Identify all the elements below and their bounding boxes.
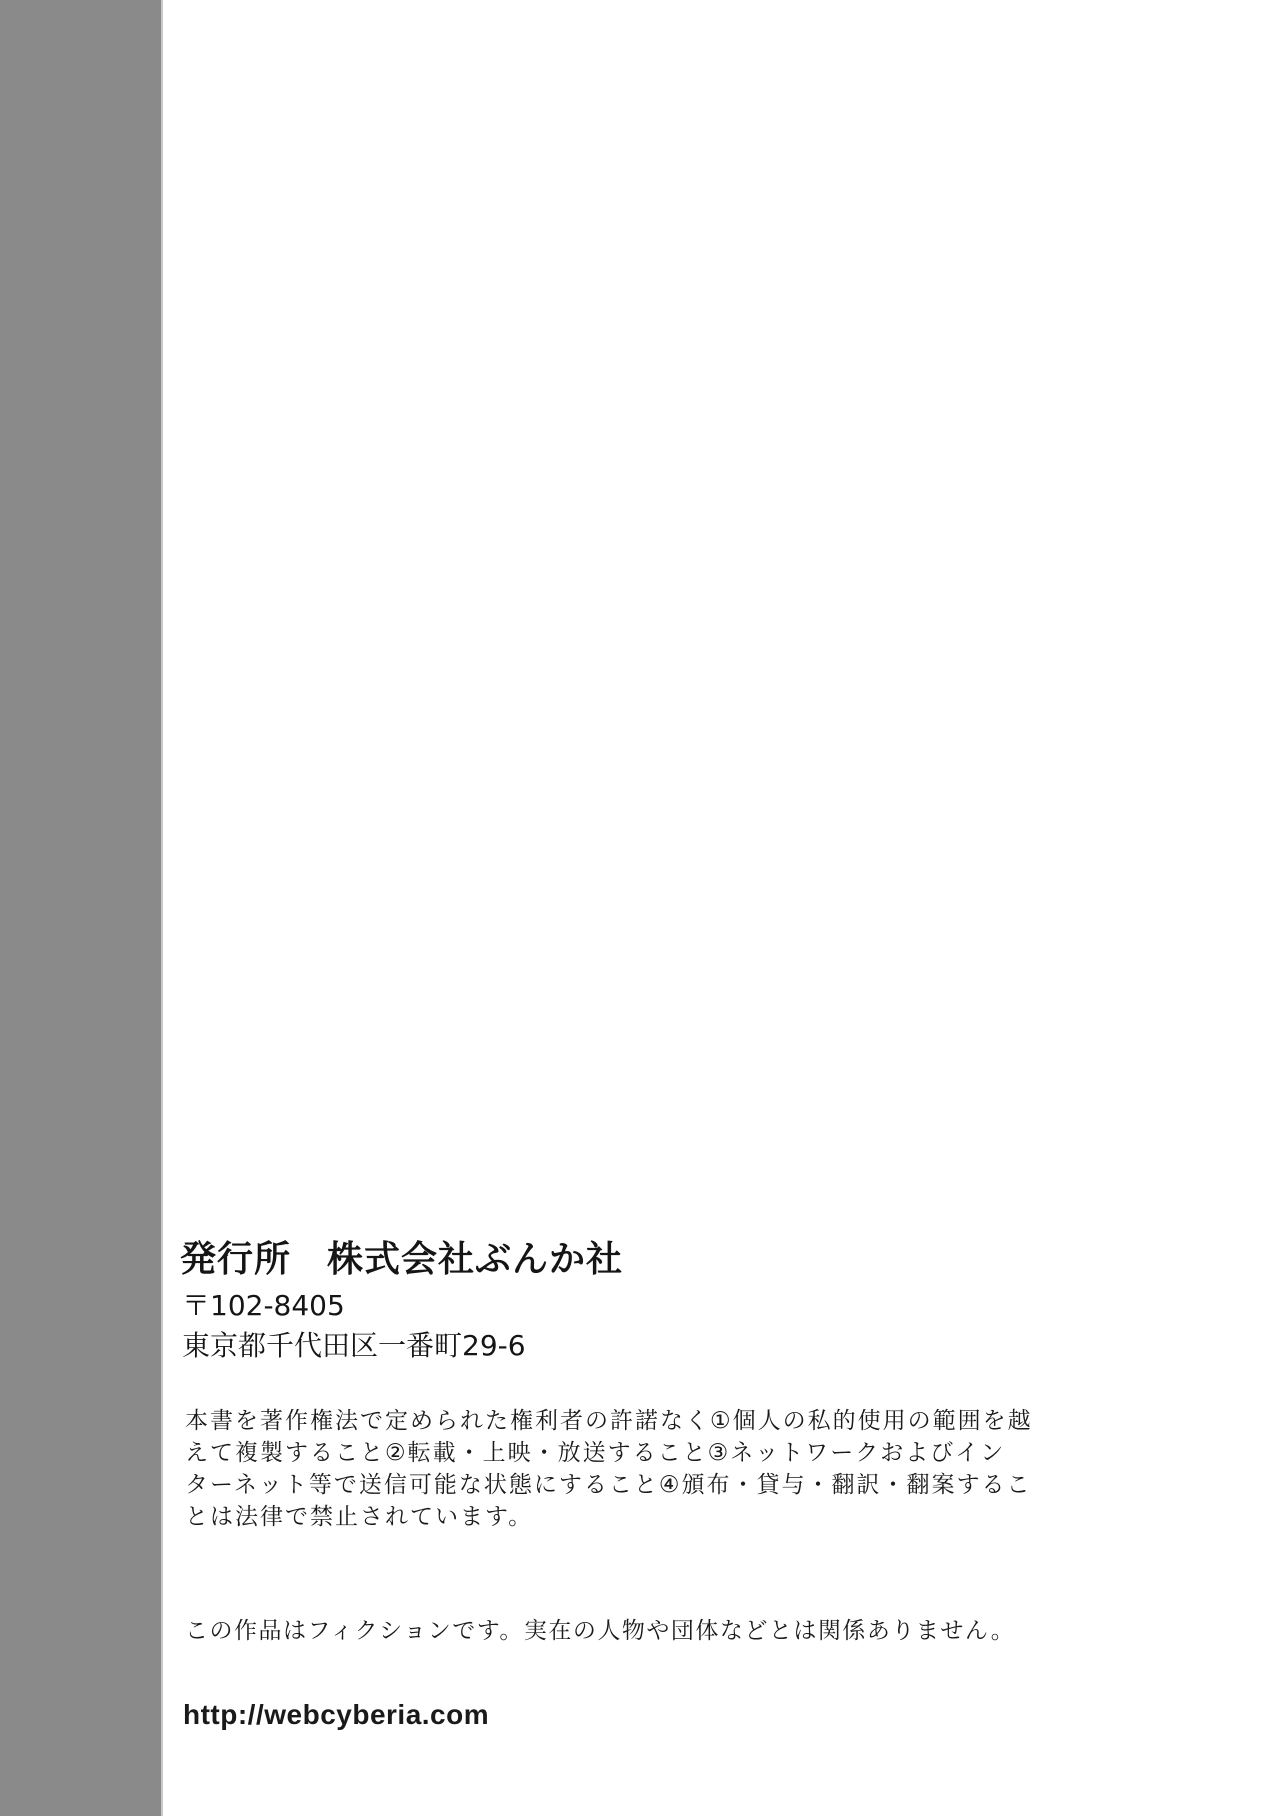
website-link[interactable]: http://webcyberia.com [183,1697,489,1733]
publisher-label: 発行所 [180,1239,291,1280]
publisher-name: 株式会社ぶんか社 [327,1239,623,1280]
postal-code: 〒102-8405 [182,1288,345,1324]
copyright-notice: 本書を著作権法で定められた権利者の許諾なく①個人の私的使用の範囲を越 えて複製す… [185,1405,1085,1533]
copyright-notice-line: えて複製すること②転載・上映・放送すること③ネットワークおよびイン [185,1437,1085,1469]
colophon-page [163,0,1280,1816]
publisher-address: 東京都千代田区一番町29-6 [182,1328,526,1364]
copyright-notice-line: とは法律で禁止されています。 [185,1501,1085,1533]
fiction-disclaimer: この作品はフィクションです。実在の人物や団体などとは関係ありません。 [185,1615,1015,1647]
copyright-notice-line: ターネット等で送信可能な状態にすること④頒布・貸与・翻訳・翻案するこ [185,1469,1085,1501]
page-gutter [0,0,161,1816]
copyright-notice-line: 本書を著作権法で定められた権利者の許諾なく①個人の私的使用の範囲を越 [185,1405,1085,1437]
publisher-line: 発行所株式会社ぶんか社 [180,1236,623,1284]
